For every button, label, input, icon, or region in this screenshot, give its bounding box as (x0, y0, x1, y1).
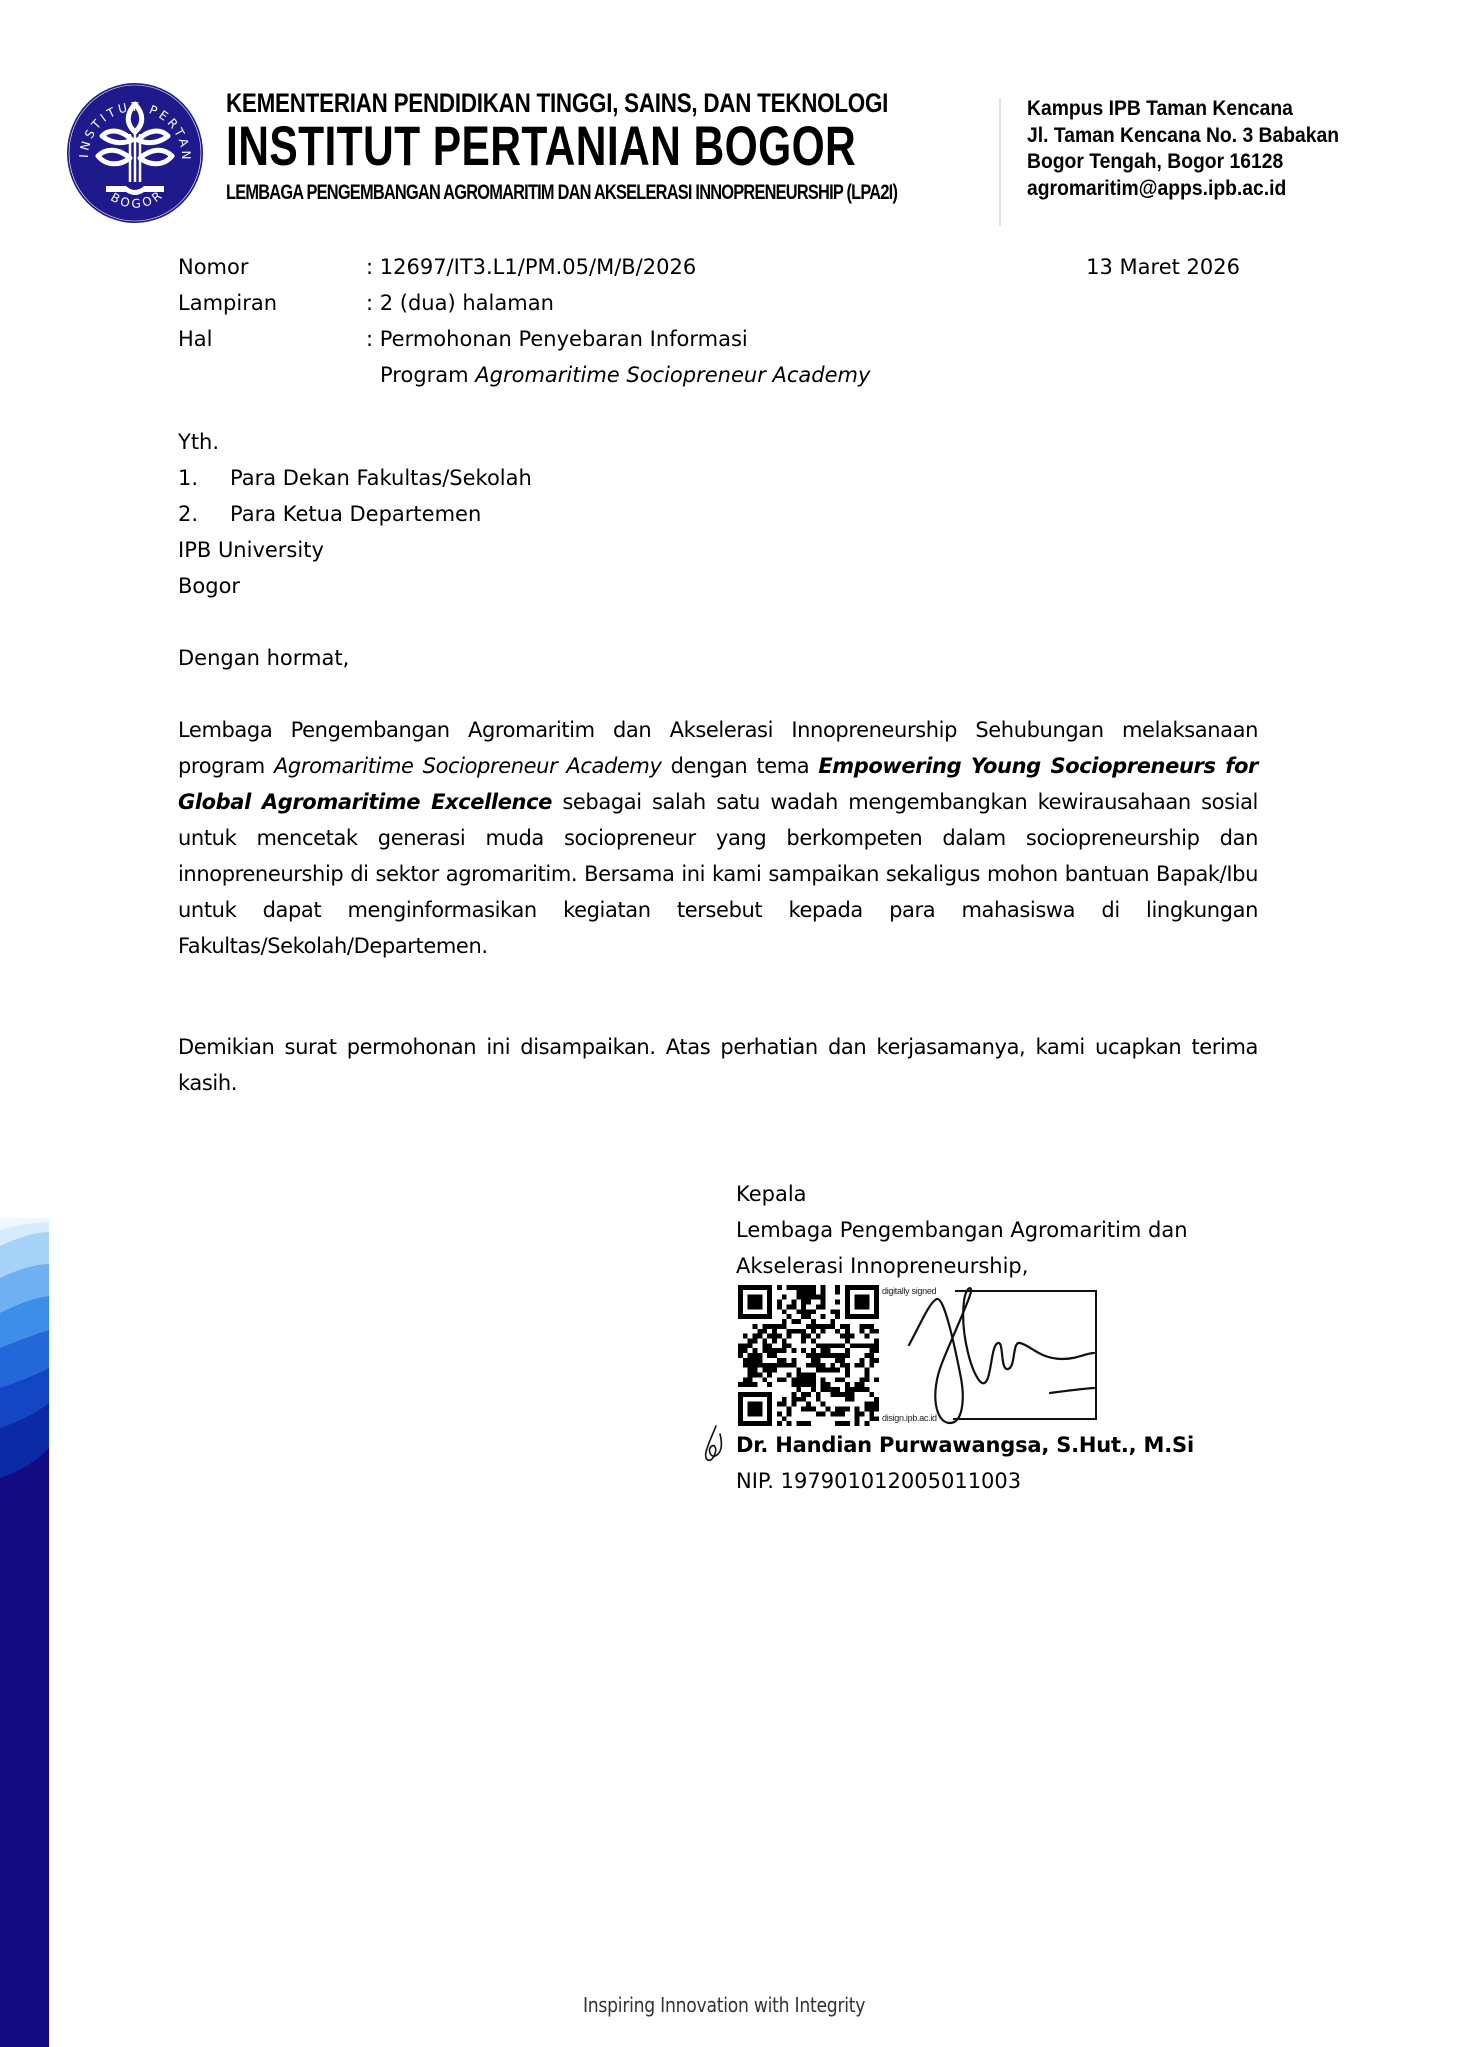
unit-name: LEMBAGA PENGEMBANGAN AGROMARITIM DAN AKS… (226, 180, 819, 206)
institution-name: INSTITUT PERTANIAN BOGOR (226, 120, 804, 172)
footer-tagline: Inspiring Innovation with Integrity (0, 1993, 1464, 2017)
signatory-name: Dr. Handian Purwawangsa, S.Hut., M.Si (736, 1427, 1194, 1463)
p1-text-c: sebagai salah satu wadah mengembangkan k… (178, 790, 1258, 958)
recipient-num: 1. (178, 460, 230, 496)
address-block: Kampus IPB Taman Kencana Jl. Taman Kenca… (1027, 96, 1339, 202)
hal-label: Hal (178, 321, 213, 357)
signatory-nip: NIP. 197901012005011003 (736, 1463, 1021, 1499)
lampiran-label: Lampiran (178, 285, 277, 321)
meta-row-nomor: Nomor : 12697/IT3.L1/PM.05/M/B/2026 13 M… (178, 249, 1258, 285)
p1-text-b: dengan tema (662, 754, 819, 778)
digital-signature-box: digitally signed disign.ipb.ac.id (880, 1283, 1100, 1428)
lampiran-value: : 2 (dua) halaman (366, 285, 554, 321)
recipient-num: 2. (178, 496, 230, 532)
email-link[interactable]: agromaritim@apps.ipb.ac.id (1027, 176, 1339, 203)
nomor-label: Nomor (178, 249, 249, 285)
address-line: Bogor Tengah, Bogor 16128 (1027, 149, 1339, 176)
body-paragraph-1: Lembaga Pengembangan Agromaritim dan Aks… (178, 712, 1258, 964)
paraf-initial-icon (702, 1424, 726, 1466)
meta-row-lampiran: Lampiran : 2 (dua) halaman (178, 285, 1258, 321)
decorative-wave-band (0, 1218, 49, 2047)
meta-row-hal: Hal : Permohonan Penyebaran Informasi (178, 321, 1258, 357)
letter-date: 13 Maret 2026 (1086, 249, 1240, 285)
recipient-item: 2.Para Ketua Departemen (178, 496, 532, 532)
meta-row-hal-cont: Program Agromaritime Sociopreneur Academ… (178, 357, 1258, 393)
recipient-text: Para Dekan Fakultas/Sekolah (230, 466, 532, 490)
letterhead-titles: KEMENTERIAN PENDIDIKAN TINGGI, SAINS, DA… (226, 88, 986, 206)
greeting: Dengan hormat, (178, 640, 349, 676)
body-paragraph-2: Demikian surat permohonan ini disampaika… (178, 1029, 1258, 1101)
digitally-signed-label: digitally signed (882, 1286, 936, 1296)
recipient-org: IPB University (178, 532, 532, 568)
recipients: Yth. 1.Para Dekan Fakultas/Sekolah 2.Par… (178, 424, 532, 604)
tagline-text: Inspiring Innovation with Integrity (583, 1993, 865, 2017)
signature-block: Kepala Lembaga Pengembangan Agromaritim … (736, 1176, 1188, 1284)
address-line: Kampus IPB Taman Kencana (1027, 96, 1339, 123)
hal-prefix: Program (380, 363, 475, 387)
recipient-item: 1.Para Dekan Fakultas/Sekolah (178, 460, 532, 496)
p1-program-name: Agromaritime Sociopreneur Academy (274, 754, 662, 778)
recipient-city: Bogor (178, 568, 532, 604)
signatory-org-2: Akselerasi Innopreneurship, (736, 1248, 1188, 1284)
recipient-text: Para Ketua Departemen (230, 502, 481, 526)
program-name: Agromaritime Sociopreneur Academy (475, 363, 870, 387)
header-divider (999, 98, 1001, 226)
hal-value: : Permohonan Penyebaran Informasi (366, 321, 748, 357)
signatory-title: Kepala (736, 1176, 1188, 1212)
signatory-org-1: Lembaga Pengembangan Agromaritim dan (736, 1212, 1188, 1248)
disign-label: disign.ipb.ac.id (882, 1413, 937, 1423)
qr-code-icon[interactable] (737, 1285, 880, 1426)
ipb-seal-icon: INSTITUT PERTANIAN BOGOR (66, 82, 204, 224)
handwritten-signature-icon (880, 1283, 1100, 1428)
salutation: Yth. (178, 424, 532, 460)
letter-meta: Nomor : 12697/IT3.L1/PM.05/M/B/2026 13 M… (178, 249, 1258, 393)
hal-value-cont: Program Agromaritime Sociopreneur Academ… (380, 357, 870, 393)
address-line: Jl. Taman Kencana No. 3 Babakan (1027, 123, 1339, 150)
nomor-value: : 12697/IT3.L1/PM.05/M/B/2026 (366, 249, 696, 285)
